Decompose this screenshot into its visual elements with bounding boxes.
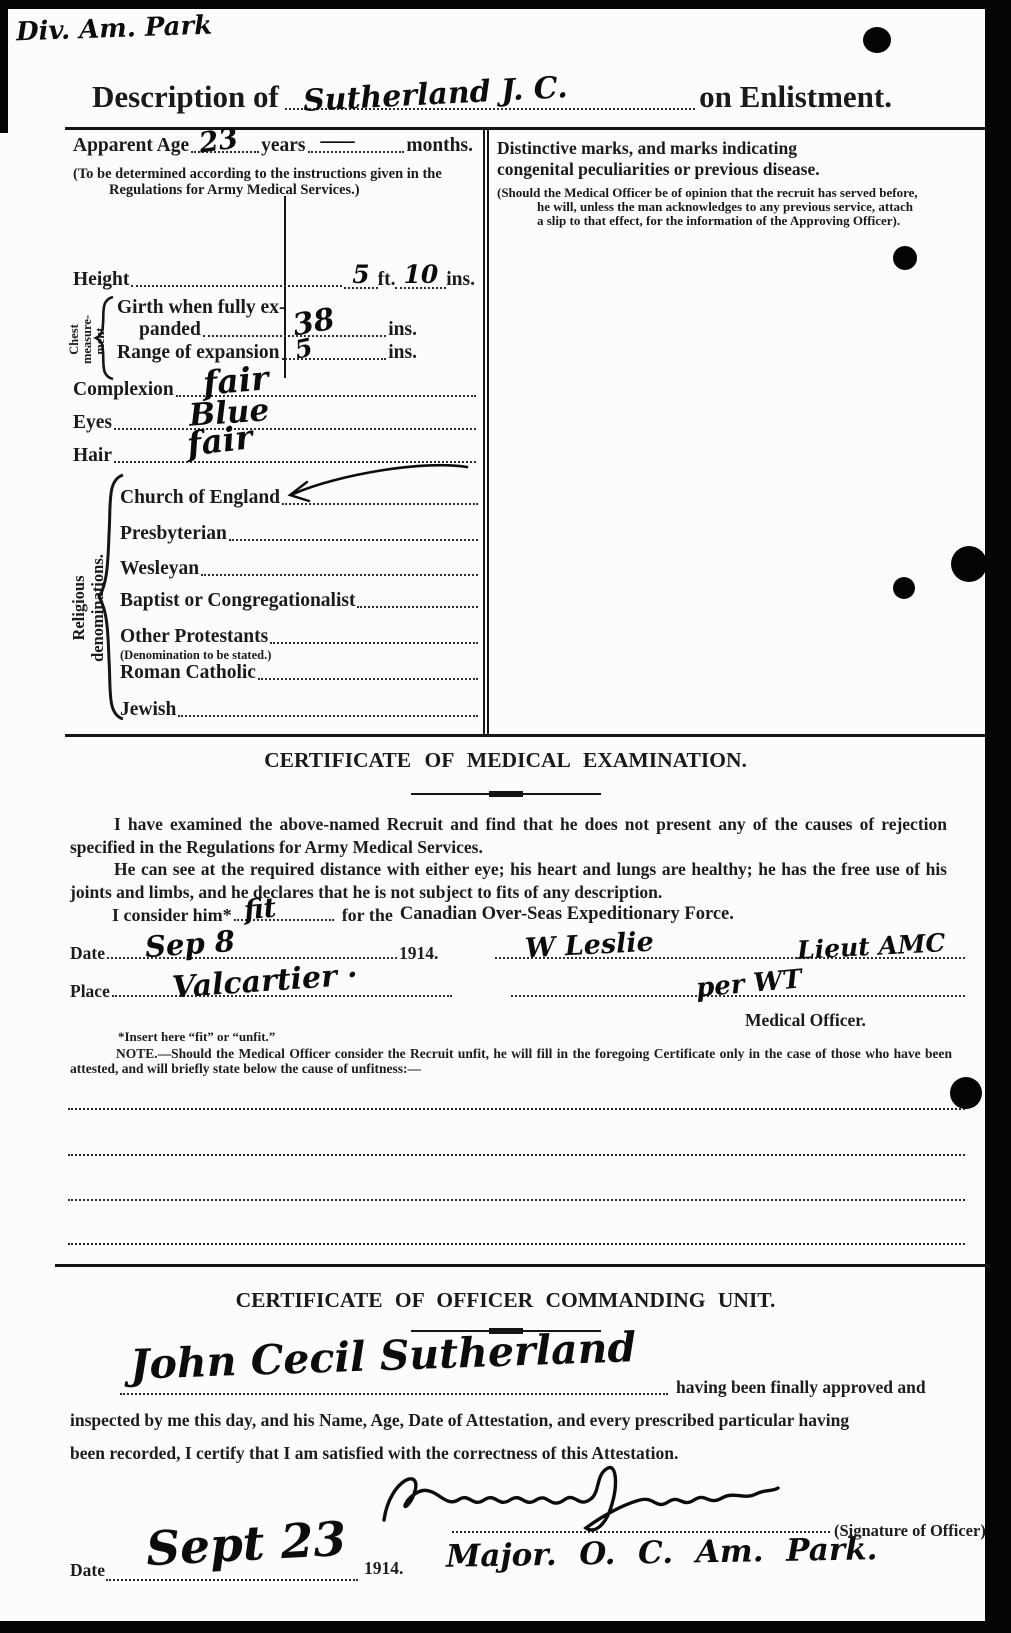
religion-item-line xyxy=(229,539,478,541)
hair-label: Hair xyxy=(73,446,112,466)
consider-him-row: I consider him* fit for the Canadian Ove… xyxy=(112,905,812,924)
height-ft-label: ft. xyxy=(378,270,396,290)
fit-line: fit xyxy=(234,919,334,921)
height-label: Height xyxy=(73,270,129,290)
medical-date-row: Date Sep 8 1914. W Leslie Lieut AMC xyxy=(70,944,967,962)
officer-signature-script xyxy=(370,1458,790,1536)
religion-item-label: Presbyterian xyxy=(120,524,227,544)
range-unit: ins. xyxy=(388,343,417,363)
handwritten-hair: fair xyxy=(185,420,254,461)
religion-item-label: Other Protestants xyxy=(120,627,268,647)
column-divider xyxy=(483,130,489,734)
apparent-age-note: (To be determined according to the instr… xyxy=(73,167,507,198)
religion-item-line xyxy=(258,678,478,680)
handwritten-height-ins: 10 xyxy=(395,262,446,289)
religion-item-row: Church of England xyxy=(120,488,480,508)
religion-item-row: Baptist or Congregationalist xyxy=(120,591,480,611)
height-line xyxy=(131,285,342,287)
eyes-line xyxy=(114,428,476,430)
force-name: Canadian Over-Seas Expeditionary Force. xyxy=(400,905,734,924)
field-eyes: Eyes xyxy=(73,413,478,433)
field-height: Height 5 ft. 10 ins. xyxy=(73,262,475,290)
handwritten-corner-note: Div. Am. Park xyxy=(16,13,213,46)
section-divider-line xyxy=(55,1264,990,1267)
consider-middle: for the xyxy=(342,906,393,925)
blank-write-line xyxy=(68,1108,965,1110)
handwritten-months-dash: ——— xyxy=(320,135,353,149)
medical-place-line: Valcartier · xyxy=(112,995,452,997)
blank-write-line xyxy=(68,1199,965,1201)
religion-item-label: Wesleyan xyxy=(120,559,199,579)
medical-note: NOTE.—Should the Medical Officer conside… xyxy=(70,1046,952,1076)
medical-signature-line: W Leslie Lieut AMC xyxy=(495,957,965,959)
religion-item-row: Other Protestants xyxy=(120,627,480,647)
religion-item-row: Presbyterian xyxy=(120,524,480,544)
religion-item-line xyxy=(357,606,478,608)
handwritten-place: Valcartier · xyxy=(171,961,359,1004)
girth-unit: ins. xyxy=(388,320,417,340)
title-prefix: Description of xyxy=(92,81,279,112)
medical-place-row: Place Valcartier · per WT xyxy=(70,982,967,1000)
field-girth: panded ins. xyxy=(117,320,417,340)
chest-brace xyxy=(93,294,115,382)
medical-officer-label: Medical Officer. xyxy=(745,1010,866,1031)
religion-item-line xyxy=(282,503,478,505)
handwritten-medical-date: Sep 8 xyxy=(144,927,236,962)
medical-countersign-line: per WT xyxy=(511,995,965,997)
attestation-form-page: Div. Am. Park Description of Sutherland … xyxy=(0,0,1011,1633)
religion-item-label: Baptist or Congregationalist xyxy=(120,591,355,611)
years-label: years xyxy=(261,136,305,156)
religion-side-label-line: Religious xyxy=(69,554,88,662)
religion-item-row: Jewish xyxy=(120,700,480,720)
officer-certificate-heading: CERTIFICATE OF OFFICER COMMANDING UNIT. xyxy=(0,1288,1011,1313)
medical-date-label: Date xyxy=(70,944,105,962)
religion-item-label: Church of England xyxy=(120,488,280,508)
officer-certificate-line2: inspected by me this day, and his Name, … xyxy=(70,1409,952,1431)
scan-edge-bottom xyxy=(0,1621,1011,1633)
title-suffix: on Enlistment. xyxy=(699,81,892,112)
description-table: Apparent Age 23 years ——— months. (To be… xyxy=(65,127,985,737)
handwritten-countersign: per WT xyxy=(695,967,803,1002)
months-label: months. xyxy=(406,136,473,156)
handwritten-medical-officer-rank: Lieut AMC xyxy=(796,931,945,964)
officer-certificate-line1: having been finally approved and xyxy=(676,1377,926,1398)
religion-item-line xyxy=(178,715,478,717)
girth-label-line1: Girth when fully ex- xyxy=(117,298,285,318)
medical-paragraph-1: I have examined the above-named Recruit … xyxy=(70,813,947,858)
religion-item-line xyxy=(270,642,478,644)
officer-year: 1914. xyxy=(364,1558,403,1579)
religion-item-row: Wesleyan xyxy=(120,559,480,579)
blank-write-line xyxy=(68,1243,965,1245)
medical-place-label: Place xyxy=(70,982,110,1000)
months-value-line: ——— xyxy=(308,151,405,153)
punch-hole-dot xyxy=(950,1077,982,1109)
recruit-name-line xyxy=(120,1393,668,1395)
medical-paragraph-2: He can see at the required distance with… xyxy=(70,858,947,903)
title-name-line: Sutherland J. C. xyxy=(285,68,695,110)
complexion-label: Complexion xyxy=(73,380,174,400)
religion-item-line xyxy=(201,574,478,576)
officer-date-line xyxy=(106,1579,358,1581)
girth-label-line2: panded xyxy=(117,320,201,340)
blank-write-line xyxy=(68,1154,965,1156)
consider-prefix: I consider him* xyxy=(112,906,232,925)
other-protestants-note: (Denomination to be stated.) xyxy=(120,648,271,663)
handwritten-height-ft: 5 xyxy=(344,262,377,289)
apparent-age-label: Apparent Age xyxy=(73,136,189,156)
distinctive-marks-heading: Distinctive marks, and marks indicating … xyxy=(497,138,871,180)
religion-item-row: Roman Catholic xyxy=(120,663,480,683)
eyes-label: Eyes xyxy=(73,413,112,433)
handwritten-officer-date: Sept 23 xyxy=(145,1516,347,1573)
handwritten-fit: fit xyxy=(242,895,277,925)
scan-edge-top xyxy=(0,0,1011,9)
religion-item-label: Roman Catholic xyxy=(120,663,256,683)
scan-edge-right xyxy=(985,0,1011,1633)
insert-fit-note: *Insert here “fit” or “unfit.” xyxy=(118,1029,275,1045)
height-ins-label: ins. xyxy=(446,270,475,290)
handwritten-medical-officer-signature: W Leslie xyxy=(525,929,655,963)
handwritten-recruit-full-name: John Cecil Sutherland xyxy=(129,1327,636,1386)
form-title: Description of Sutherland J. C. on Enlis… xyxy=(92,68,892,112)
officer-date-label: Date xyxy=(70,1560,105,1581)
handwritten-recruit-name: Sutherland J. C. xyxy=(302,73,568,117)
age-value-line: 23 xyxy=(191,151,259,153)
field-complexion: Complexion xyxy=(73,380,478,400)
religion-item-label: Jewish xyxy=(120,700,176,720)
handwritten-age: 23 xyxy=(197,125,239,158)
punch-hole-dot xyxy=(863,27,891,53)
medical-certificate-heading: CERTIFICATE OF MEDICAL EXAMINATION. xyxy=(0,748,1011,773)
heading-rule xyxy=(411,793,601,795)
scan-edge-left xyxy=(0,0,8,133)
field-apparent-age: Apparent Age 23 years ——— months. xyxy=(73,136,473,156)
handwritten-officer-unit: Major. O. C. Am. Park. xyxy=(446,1534,878,1573)
distinctive-marks-note: (Should the Medical Officer be of opinio… xyxy=(497,186,919,228)
medical-year: 1914. xyxy=(399,944,438,962)
